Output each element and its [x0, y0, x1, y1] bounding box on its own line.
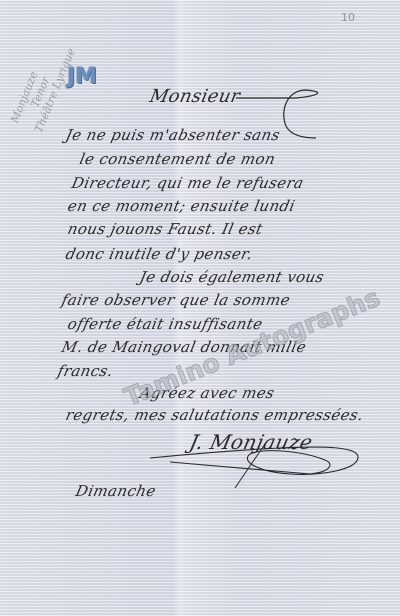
salutation: Monsieur [148, 86, 242, 107]
letter-line: nous jouons Faust. Il est [66, 220, 264, 238]
letter-line: offerte était insuffisante [66, 315, 264, 333]
letter-line: donc inutile d'y penser. [64, 245, 254, 263]
dateline: Dimanche [74, 482, 158, 500]
letter-line: en ce moment; ensuite lundi [66, 197, 297, 215]
letter-line: francs. [56, 362, 115, 380]
page-number: 10 [341, 11, 355, 24]
letter-line: Directeur, qui me le refusera [70, 174, 305, 192]
letter-line: le consentement de mon [78, 150, 277, 168]
signature: J. Monjauze [187, 430, 314, 454]
letter-line: Je dois également vous [138, 268, 326, 286]
collector-stamp: JM [67, 64, 115, 90]
letter-line: faire observer que la somme [60, 291, 292, 309]
letter-line: Je ne puis m'absenter sans [64, 126, 282, 144]
letter-line: regrets, mes salutations empressées. [64, 406, 365, 424]
